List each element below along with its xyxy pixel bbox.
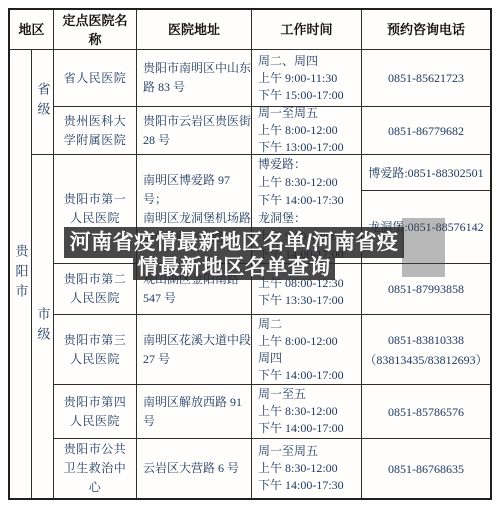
hospital-address: 南明区解放西路 91 号 bbox=[137, 385, 252, 439]
hospital-address: 南明区花溪大道中段 27 号 bbox=[137, 315, 252, 385]
phone-number: 0851-83810338 （83813435/83812693） bbox=[362, 315, 490, 385]
work-hours: 周一至周五 上午 8:00-12:00 下午 13:00-17:00 bbox=[252, 107, 362, 155]
phone-number-boai: 博爱路:0851-88302501 bbox=[362, 155, 490, 191]
region-city-label: 贵阳市 bbox=[10, 50, 32, 498]
region-level-municipal: 市级 bbox=[32, 155, 54, 498]
header-phone: 预约咨询电话 bbox=[362, 10, 490, 50]
phone-number: 0851-85786576 bbox=[362, 385, 490, 439]
watermark-text-line1: 河南省疫情最新地区名单/河南省疫 bbox=[64, 227, 404, 258]
watermark-text-line2: 情最新地区名单查询 bbox=[133, 258, 335, 280]
header-hospital-name: 定点医院名 称 bbox=[54, 10, 137, 50]
phone-number: 0851-86779682 bbox=[362, 107, 490, 155]
hospital-address: 云岩区大营路 6 号 bbox=[137, 439, 252, 498]
header-region: 地区 bbox=[10, 10, 54, 50]
phone-number: 0851-86768635 bbox=[362, 439, 490, 498]
hospital-name: 贵阳市公共 卫生救治中 心 bbox=[54, 439, 137, 498]
work-hours: 周二、周四 上午 9:00-11:30 下午 15:00-17:00 bbox=[252, 50, 362, 107]
hospital-name: 贵阳市第四 人民医院 bbox=[54, 385, 137, 439]
hospital-name: 省人民医院 bbox=[54, 50, 137, 107]
watermark-side-shade bbox=[402, 218, 445, 277]
region-level-provincial: 省级 bbox=[32, 50, 54, 155]
work-hours: 周一至五 上午 8:30-12:00 下午 14:00-17:00 bbox=[252, 385, 362, 439]
hospital-name: 贵州医科大 学附属医院 bbox=[54, 107, 137, 155]
watermark-overlay: 河南省疫情最新地区名单/河南省疫 情最新地区名单查询 bbox=[64, 227, 404, 280]
work-hours: 周二 上午 8:00-12:00 周四 下午 14:00-17:00 bbox=[252, 315, 362, 385]
work-hours: 周一至周五 上午 8:30-12:00 下午 14:00-17:30 bbox=[252, 439, 362, 498]
header-address: 医院地址 bbox=[137, 10, 252, 50]
hospital-address: 贵阳市南明区中山东 路 83 号 bbox=[137, 50, 252, 107]
phone-number: 0851-85621723 bbox=[362, 50, 490, 107]
header-hours: 工作时间 bbox=[252, 10, 362, 50]
hospital-address: 贵阳市云岩区贵医街 28 号 bbox=[137, 107, 252, 155]
hospital-name: 贵阳市第三 人民医院 bbox=[54, 315, 137, 385]
